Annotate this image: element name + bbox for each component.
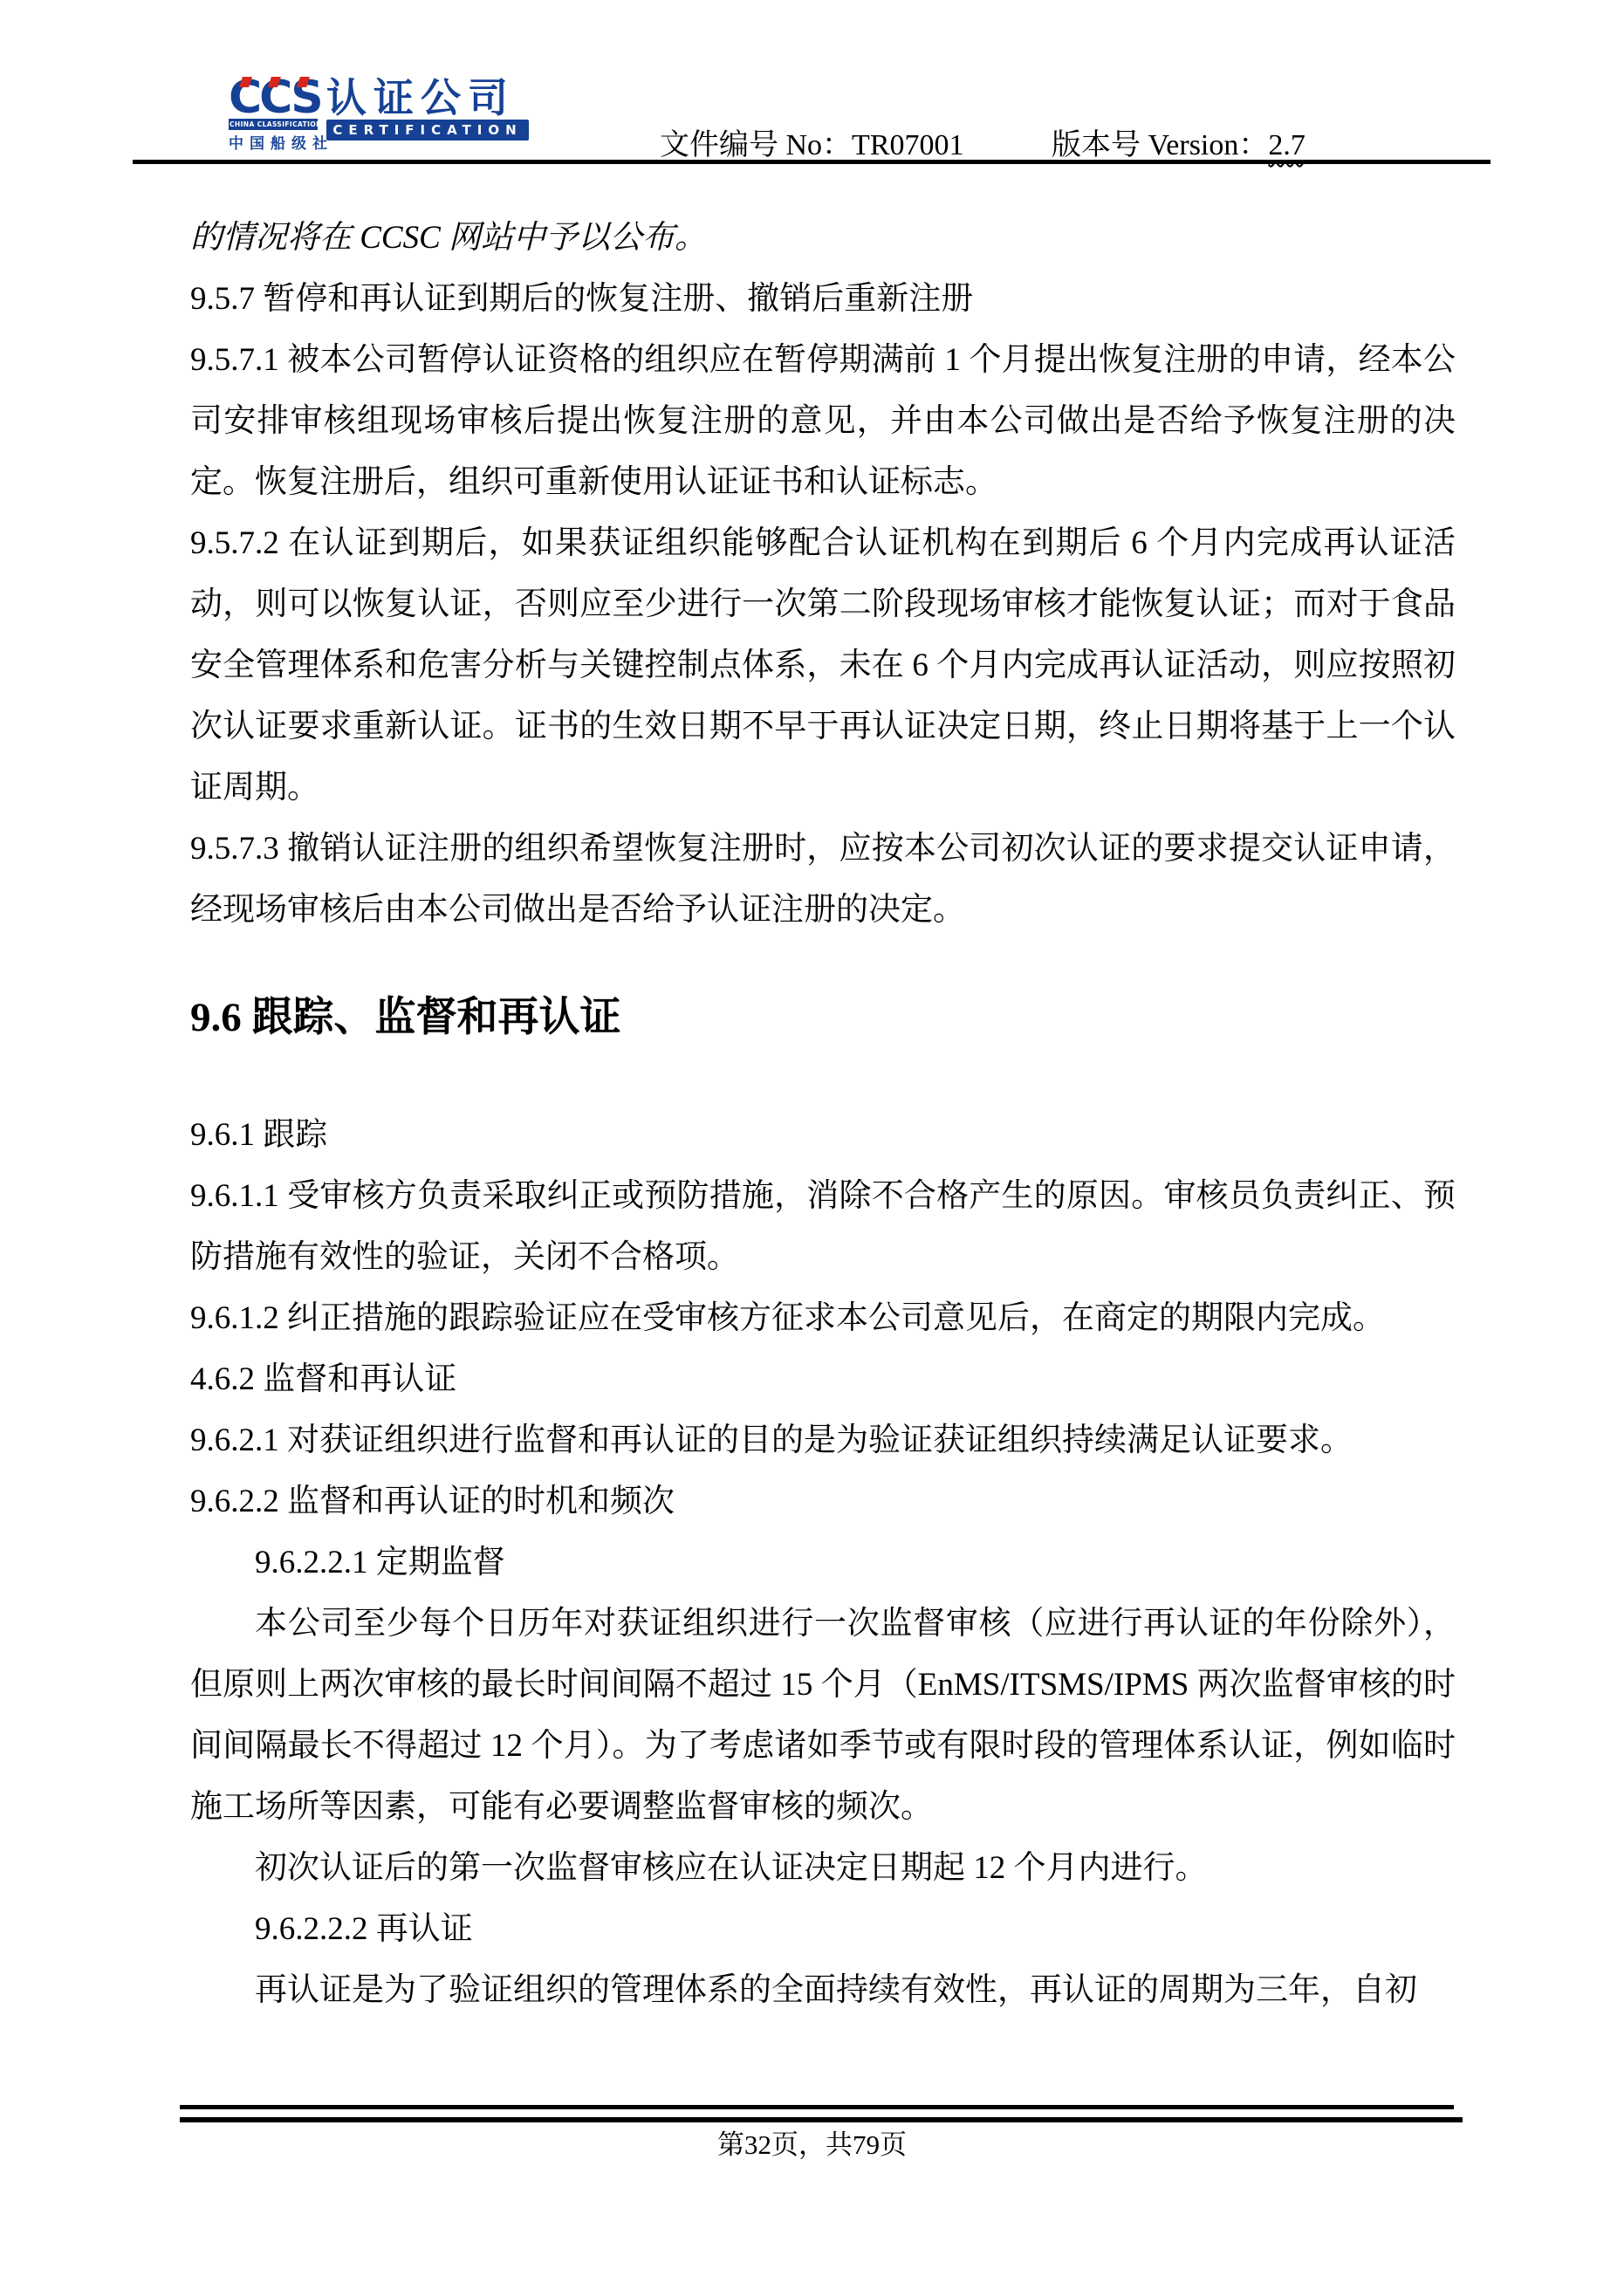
section-heading-9-6: 9.6 跟踪、监督和再认证 <box>190 990 1456 1045</box>
header-divider <box>133 160 1490 164</box>
company-name-cn: 认证公司 <box>326 79 529 117</box>
ccs-logo-right: 认证公司 CERTIFICATION <box>326 79 529 141</box>
document-meta: 文件编号 No：TR07001 版本号 Version：2.7 <box>660 120 1305 163</box>
document-page: CCS CHINA CLASSIFICATION SOCIETY 中国船级社 认… <box>0 0 1624 2276</box>
paragraph-9-6-1: 9.6.1 跟踪 <box>190 1105 1456 1166</box>
paragraph-9-5-7-1: 9.5.7.1 被本公司暂停认证资格的组织应在暂停期满前 1 个月提出恢复注册的… <box>190 330 1456 513</box>
certification-banner: CERTIFICATION <box>326 120 529 141</box>
document-body: 的情况将在 CCSC 网站中予以公布。 9.5.7 暂停和再认证到期后的恢复注册… <box>190 208 1456 2021</box>
paragraph-9-5-7: 9.5.7 暂停和再认证到期后的恢复注册、撤销后重新注册 <box>190 269 1456 330</box>
paragraph-9-5-7-3: 9.5.7.3 撤销认证注册的组织希望恢复注册时，应按本公司初次认证的要求提交认… <box>190 819 1456 941</box>
page-header: CCS CHINA CLASSIFICATION SOCIETY 中国船级社 认… <box>0 0 1624 166</box>
paragraph-9-6-2-2-1: 9.6.2.2.1 定期监督 <box>190 1532 1456 1594</box>
ccs-logo-left: CCS CHINA CLASSIFICATION SOCIETY 中国船级社 <box>229 79 318 153</box>
paragraph-9-6-1-2: 9.6.1.2 纠正措施的跟踪验证应在受审核方征求本公司意见后，在商定的期限内完… <box>190 1288 1456 1349</box>
doc-number: 文件编号 No：TR07001 <box>660 129 964 161</box>
ccs-logo: CCS CHINA CLASSIFICATION SOCIETY 中国船级社 认… <box>229 79 534 148</box>
paragraph-recertification: 再认证是为了验证组织的管理体系的全面持续有效性，再认证的周期为三年，自初 <box>190 1960 1456 2021</box>
paragraph-9-5-7-2: 9.5.7.2 在认证到期后，如果获证组织能够配合认证机构在到期后 6 个月内完… <box>190 513 1456 819</box>
paragraph-9-6-1-1: 9.6.1.1 受审核方负责采取纠正或预防措施，消除不合格产生的原因。审核员负责… <box>190 1166 1456 1288</box>
paragraph-4-6-2: 4.6.2 监督和再认证 <box>190 1349 1456 1410</box>
paragraph-intro: 的情况将在 CCSC 网站中予以公布。 <box>190 208 1456 269</box>
footer-divider-bottom <box>180 2117 1463 2122</box>
paragraph-first-surveillance: 初次认证后的第一次监督审核应在认证决定日期起 12 个月内进行。 <box>190 1838 1456 1899</box>
footer-divider-top <box>180 2105 1454 2109</box>
society-name-cn: 中国船级社 <box>229 131 318 153</box>
paragraph-9-6-2-1: 9.6.2.1 对获证组织进行监督和再认证的目的是为验证获证组织持续满足认证要求… <box>190 1410 1456 1471</box>
version-value: 2.7 <box>1268 129 1305 161</box>
paragraph-9-6-2-2-2: 9.6.2.2.2 再认证 <box>190 1899 1456 1960</box>
version-label: 版本号 Version： <box>1052 129 1268 161</box>
paragraph-periodic-surveillance: 本公司至少每个日历年对获证组织进行一次监督审核（应进行再认证的年份除外），但原则… <box>190 1594 1456 1838</box>
paragraph-9-6-2-2: 9.6.2.2 监督和再认证的时机和频次 <box>190 1471 1456 1532</box>
page-number: 第32页，共79页 <box>0 2128 1624 2163</box>
